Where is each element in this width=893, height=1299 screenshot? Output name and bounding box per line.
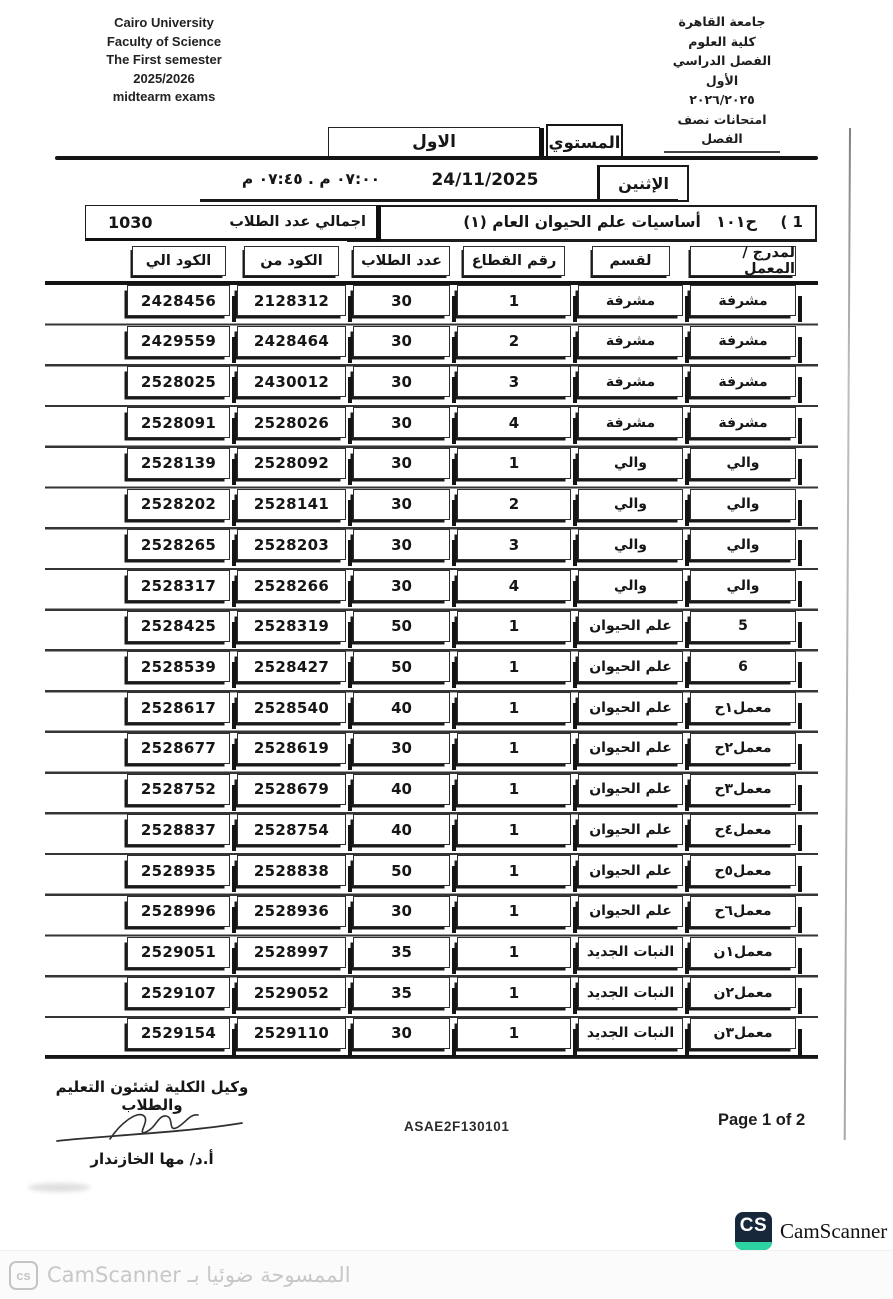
cell-sector: 1 — [457, 814, 571, 845]
cell-sector: 4 — [457, 570, 571, 601]
cell-hall: معمل٣ن — [690, 1018, 796, 1049]
camscanner-watermark-icon: cs — [9, 1261, 38, 1290]
cell-hall: والي — [690, 570, 796, 601]
signature — [52, 1103, 247, 1153]
cell-dept: علم الحيوان — [578, 611, 683, 642]
cell-sector: 1 — [457, 651, 571, 682]
semester-label: The First semester — [88, 51, 240, 70]
cell-to: 2528025 — [127, 366, 230, 397]
cell-to: 2528265 — [127, 529, 230, 560]
cell-sector: 1 — [457, 448, 571, 479]
header-department: لقسم — [592, 246, 670, 276]
cell-hall: معمل٢ن — [690, 977, 796, 1008]
university-name: Cairo University — [88, 14, 240, 33]
academic-year-ar: ٢٠٢٦/٢٠٢٥ — [664, 90, 780, 110]
cell-dept: والي — [578, 448, 683, 479]
cell-sector: 1 — [457, 1018, 571, 1049]
cell-to: 2528752 — [127, 774, 230, 805]
cell-to: 2528139 — [127, 448, 230, 479]
cell-dept: النبات الجديد — [578, 937, 683, 968]
cell-from: 2528266 — [237, 570, 346, 601]
cell-to: 2528202 — [127, 489, 230, 520]
cell-to: 2429559 — [127, 326, 230, 357]
cell-dept: علم الحيوان — [578, 896, 683, 927]
cell-to: 2529154 — [127, 1018, 230, 1049]
cell-from: 2528427 — [237, 651, 346, 682]
page-edge-line — [844, 128, 851, 1140]
cell-dept: النبات الجديد — [578, 977, 683, 1008]
faculty-name-ar: كلية العلوم — [664, 32, 780, 52]
cell-to: 2529051 — [127, 937, 230, 968]
cell-sector: 2 — [457, 326, 571, 357]
cell-sector: 1 — [457, 937, 571, 968]
cell-from: 2528540 — [237, 692, 346, 723]
cell-to: 2528091 — [127, 407, 230, 438]
cell-sector: 3 — [457, 529, 571, 560]
cell-count: 40 — [353, 814, 450, 845]
cell-from: 2528141 — [237, 489, 346, 520]
cell-to: 2528935 — [127, 855, 230, 886]
cell-count: 30 — [353, 366, 450, 397]
page-number: Page 1 of 2 — [718, 1111, 805, 1130]
cell-hall: معمل٣ح — [690, 774, 796, 805]
cell-to: 2528317 — [127, 570, 230, 601]
cell-from: 2528754 — [237, 814, 346, 845]
table-header-row: لمدرج / المعمل لقسم رقم القطاع عدد الطلا… — [127, 246, 796, 276]
cell-from: 2528026 — [237, 407, 346, 438]
cell-from: 2528936 — [237, 896, 346, 927]
exam-type-label-ar: امتحانات نصف الفصل — [664, 110, 780, 153]
cell-hall: 5 — [690, 611, 796, 642]
cell-from: 2428464 — [237, 326, 346, 357]
document-code: ASAE2F130101 — [404, 1119, 510, 1134]
cell-sector: 4 — [457, 407, 571, 438]
university-header-english: Cairo University Faculty of Science The … — [88, 14, 240, 107]
cell-to: 2528996 — [127, 896, 230, 927]
cell-hall: معمل٦ح — [690, 896, 796, 927]
watermark-text: الممسوحة ضوئيا بـ CamScanner — [47, 1263, 351, 1287]
cell-sector: 1 — [457, 733, 571, 764]
cell-count: 30 — [353, 733, 450, 764]
cell-count: 50 — [353, 611, 450, 642]
cell-from: 2528838 — [237, 855, 346, 886]
cell-sector: 3 — [457, 366, 571, 397]
cell-hall: والي — [690, 448, 796, 479]
cell-dept: مشرفة — [578, 285, 683, 316]
scan-smudge — [28, 1183, 90, 1192]
camscanner-icon: CS — [735, 1212, 772, 1250]
cell-from: 2528203 — [237, 529, 346, 560]
cell-from: 2529110 — [237, 1018, 346, 1049]
cell-count: 30 — [353, 896, 450, 927]
cell-hall: مشرفة — [690, 326, 796, 357]
level-divider-tick — [539, 128, 544, 159]
cell-hall: معمل٥ح — [690, 855, 796, 886]
cell-dept: علم الحيوان — [578, 651, 683, 682]
cell-hall: معمل٤ح — [690, 814, 796, 845]
watermark-strip: cs الممسوحة ضوئيا بـ CamScanner — [0, 1250, 893, 1299]
cell-dept: علم الحيوان — [578, 814, 683, 845]
cell-to: 2528617 — [127, 692, 230, 723]
level-label-box: المستوي — [546, 124, 623, 160]
university-name-ar: جامعة القاهرة — [664, 12, 780, 32]
cell-to: 2528539 — [127, 651, 230, 682]
cell-from: 2528319 — [237, 611, 346, 642]
cell-count: 50 — [353, 855, 450, 886]
camscanner-icon-band — [735, 1242, 772, 1250]
cell-to: 2528677 — [127, 733, 230, 764]
faculty-name: Faculty of Science — [88, 33, 240, 52]
cell-hall: مشرفة — [690, 285, 796, 316]
cell-from: 2128312 — [237, 285, 346, 316]
header-code-to: الكود الي — [132, 246, 226, 276]
cell-from: 2528679 — [237, 774, 346, 805]
cell-dept: علم الحيوان — [578, 692, 683, 723]
course-row: ( 1 ح١٠١ أساسيات علم الحيوان العام (١) — [347, 205, 817, 242]
cell-dept: النبات الجديد — [578, 1018, 683, 1049]
academic-year: 2025/2026 — [88, 70, 240, 89]
cell-hall: مشرفة — [690, 366, 796, 397]
dean-name: أ.د/ مها الخازندار — [66, 1150, 238, 1168]
total-students-value: 1030 — [108, 213, 153, 232]
cell-to: 2529107 — [127, 977, 230, 1008]
header-student-count: عدد الطلاب — [353, 246, 450, 276]
cell-count: 30 — [353, 407, 450, 438]
cell-from: 2528092 — [237, 448, 346, 479]
cell-hall: معمل٢ح — [690, 733, 796, 764]
cell-dept: والي — [578, 529, 683, 560]
cell-count: 30 — [353, 529, 450, 560]
header-sector-number: رقم القطاع — [463, 246, 565, 276]
cell-hall: مشرفة — [690, 407, 796, 438]
cell-sector: 1 — [457, 977, 571, 1008]
cell-dept: والي — [578, 489, 683, 520]
cell-from: 2529052 — [237, 977, 346, 1008]
cell-count: 30 — [353, 570, 450, 601]
university-header-arabic: جامعة القاهرة كلية العلوم الفصل الدراسي … — [664, 12, 780, 153]
cell-dept: مشرفة — [578, 366, 683, 397]
camscanner-wordmark: CamScanner — [780, 1219, 887, 1244]
course-name: أساسيات علم الحيوان العام (١) — [349, 213, 815, 231]
cell-sector: 1 — [457, 285, 571, 316]
cell-to: 2528425 — [127, 611, 230, 642]
total-students-label: اجمالي عدد الطلاب — [229, 214, 366, 230]
cell-count: 40 — [353, 692, 450, 723]
cell-count: 50 — [353, 651, 450, 682]
cell-dept: والي — [578, 570, 683, 601]
semester-label-ar: الفصل الدراسي الأول — [664, 51, 780, 90]
cell-count: 40 — [353, 774, 450, 805]
header-code-from: الكود من — [244, 246, 339, 276]
scanned-exam-schedule-document: { "header_left": { "lines": ["Cairo Univ… — [0, 0, 893, 1299]
total-students-box: اجمالي عدد الطلاب 1030 — [85, 205, 381, 241]
exam-allocation-table: مشرفةمشرفة13021283122428456مشرفةمشرفة230… — [127, 285, 796, 1059]
cell-from: 2528997 — [237, 937, 346, 968]
cell-count: 30 — [353, 489, 450, 520]
cell-sector: 1 — [457, 611, 571, 642]
exam-day-box: الإثنين — [597, 165, 689, 202]
cell-count: 35 — [353, 977, 450, 1008]
cell-hall: والي — [690, 529, 796, 560]
cell-sector: 2 — [457, 489, 571, 520]
cell-from: 2528619 — [237, 733, 346, 764]
cell-dept: علم الحيوان — [578, 733, 683, 764]
camscanner-icon-letters: CS — [740, 1215, 767, 1237]
cell-sector: 1 — [457, 896, 571, 927]
cell-count: 30 — [353, 285, 450, 316]
cell-hall: والي — [690, 489, 796, 520]
cell-to: 2428456 — [127, 285, 230, 316]
cell-dept: مشرفة — [578, 326, 683, 357]
cell-sector: 1 — [457, 774, 571, 805]
cell-dept: علم الحيوان — [578, 774, 683, 805]
cell-hall: معمل١ن — [690, 937, 796, 968]
cell-dept: مشرفة — [578, 407, 683, 438]
exam-time-range: ٠٧:٠٠ م . ٠٧:٤٥ م — [203, 170, 419, 188]
exam-type-label: midtearm exams — [88, 88, 240, 107]
cell-sector: 1 — [457, 855, 571, 886]
cell-to: 2528837 — [127, 814, 230, 845]
camscanner-logo: CS CamScanner — [735, 1212, 887, 1250]
exam-date: 24/11/2025 — [424, 170, 546, 190]
cell-count: 30 — [353, 326, 450, 357]
horizontal-rule-top — [55, 156, 818, 160]
cell-count: 35 — [353, 937, 450, 968]
cell-dept: علم الحيوان — [578, 855, 683, 886]
cell-hall: 6 — [690, 651, 796, 682]
cell-count: 30 — [353, 1018, 450, 1049]
cell-from: 2430012 — [237, 366, 346, 397]
cell-hall: معمل١ح — [690, 692, 796, 723]
cell-count: 30 — [353, 448, 450, 479]
header-hall-lab: لمدرج / المعمل — [690, 246, 796, 276]
cell-sector: 1 — [457, 692, 571, 723]
session-underline — [200, 199, 678, 202]
